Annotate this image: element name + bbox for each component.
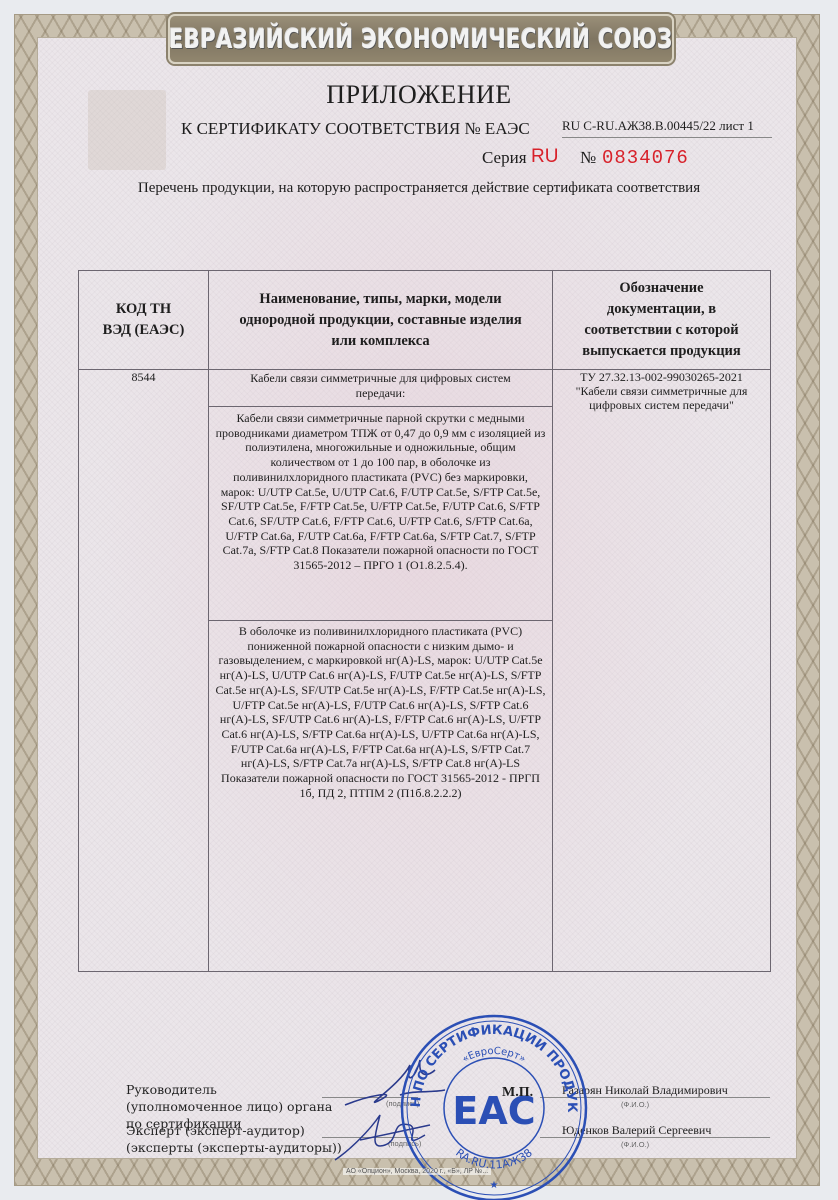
name-caption: (Ф.И.О.) [621,1140,649,1149]
certificate-number: RU C-RU.АЖ38.В.00445/22 лист 1 [562,118,772,138]
product-table: КОД ТН ВЭД (ЕАЭС) Наименование, типы, ма… [78,270,771,972]
expert-label: Эксперт (эксперт-аудитор) (эксперты (экс… [126,1122,356,1156]
intro-text: Перечень продукции, на которую распростр… [0,180,838,197]
product-item: В оболочке из поливинилхлоридного пласти… [209,621,552,800]
series-value: RU [531,146,558,168]
product-item: Кабели связи симметричные парной скрутки… [209,407,552,621]
table-row: 8544 Кабели связи симметричные для цифро… [79,370,771,972]
cell-documentation: ТУ 27.32.13-002-99030265-2021 "Кабели св… [553,370,771,972]
stamp-mark: М.П. [502,1085,533,1101]
name-caption: (Ф.И.О.) [621,1100,649,1109]
page-subtitle: К СЕРТИФИКАТУ СООТВЕТСТВИЯ № ЕАЭС [181,119,530,139]
number-sign: № [580,148,596,168]
page-title: ПРИЛОЖЕНИЕ [0,80,838,110]
banner-text: ЕВРАЗИЙСКИЙ ЭКОНОМИЧЕСКИЙ СОЮЗ [169,24,673,55]
stamp-inner-text: «ЕвроСерт» [461,1046,528,1065]
table-header-row: КОД ТН ВЭД (ЕАЭС) Наименование, типы, ма… [79,271,771,370]
svg-text:★: ★ [490,1180,499,1191]
series-label: Серия [482,148,527,168]
column-header-code: КОД ТН ВЭД (ЕАЭС) [79,271,209,370]
union-banner: ЕВРАЗИЙСКИЙ ЭКОНОМИЧЕСКИЙ СОЮЗ [168,14,674,64]
column-header-documentation: Обозначение документации, в соответствии… [553,271,771,370]
printer-imprint: АО «Опцион», Москва, 2020 г., «Б», ЛР №.… [343,1168,491,1175]
svg-text:«ЕвроСерт»: «ЕвроСерт» [461,1046,528,1065]
cell-product: Кабели связи симметричные для цифровых с… [209,370,553,972]
cell-code: 8544 [79,370,209,972]
column-header-product: Наименование, типы, марки, модели одноро… [209,271,553,370]
product-group: Кабели связи симметричные для цифровых с… [209,370,552,407]
form-number: 0834076 [602,147,689,169]
